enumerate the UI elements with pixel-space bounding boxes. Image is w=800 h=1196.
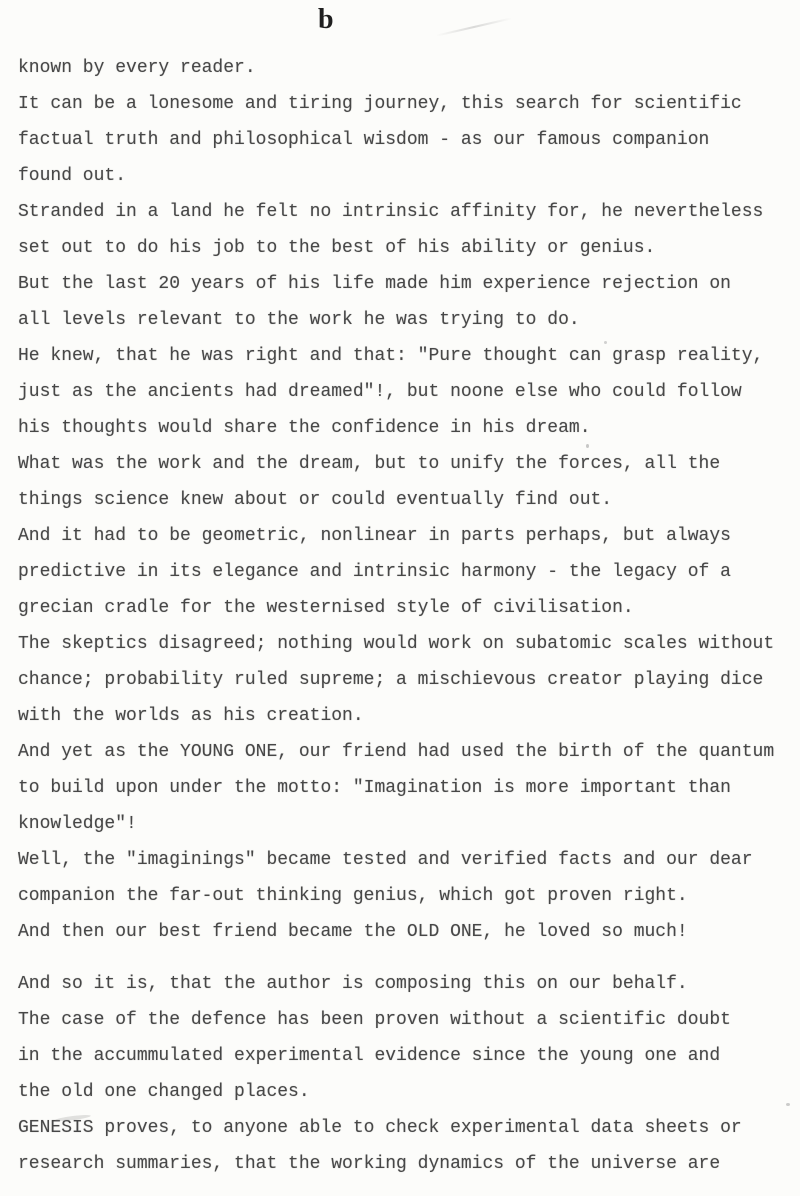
- text-line: predictive in its elegance and intrinsic…: [18, 554, 788, 590]
- document-lines: known by every reader.It can be a loneso…: [18, 50, 788, 1182]
- text-line: And it had to be geometric, nonlinear in…: [18, 518, 788, 554]
- text-line: factual truth and philosophical wisdom -…: [18, 122, 788, 158]
- text-line: It can be a lonesome and tiring journey,…: [18, 86, 788, 122]
- text-line: What was the work and the dream, but to …: [18, 446, 788, 482]
- page-number-label: b: [318, 4, 334, 36]
- text-line: with the worlds as his creation.: [18, 698, 788, 734]
- text-line: things science knew about or could event…: [18, 482, 788, 518]
- text-line: GENESIS proves, to anyone able to check …: [18, 1110, 788, 1146]
- scan-artifact: [604, 341, 607, 344]
- text-line: Well, the "imaginings" became tested and…: [18, 842, 788, 878]
- text-line: the old one changed places.: [18, 1074, 788, 1110]
- scan-artifact: [436, 17, 512, 36]
- text-line: grecian cradle for the westernised style…: [18, 590, 788, 626]
- text-line: to build upon under the motto: "Imaginat…: [18, 770, 788, 806]
- scan-artifact: [786, 1103, 790, 1106]
- text-line: But the last 20 years of his life made h…: [18, 266, 788, 302]
- text-line: just as the ancients had dreamed"!, but …: [18, 374, 788, 410]
- text-line: Stranded in a land he felt no intrinsic …: [18, 194, 788, 230]
- text-line: all levels relevant to the work he was t…: [18, 302, 788, 338]
- text-line: And so it is, that the author is composi…: [18, 966, 788, 1002]
- text-line: knowledge"!: [18, 806, 788, 842]
- text-line: And yet as the YOUNG ONE, our friend had…: [18, 734, 788, 770]
- text-line: in the accummulated experimental evidenc…: [18, 1038, 788, 1074]
- text-line: chance; probability ruled supreme; a mis…: [18, 662, 788, 698]
- page: b known by every reader.It can be a lone…: [0, 0, 800, 1196]
- text-line: set out to do his job to the best of his…: [18, 230, 788, 266]
- text-line: companion the far-out thinking genius, w…: [18, 878, 788, 914]
- text-line: The skeptics disagreed; nothing would wo…: [18, 626, 788, 662]
- text-line: research summaries, that the working dyn…: [18, 1146, 788, 1182]
- text-line: found out.: [18, 158, 788, 194]
- text-line: his thoughts would share the confidence …: [18, 410, 788, 446]
- scan-artifact: [586, 444, 589, 448]
- text-line: And then our best friend became the OLD …: [18, 914, 788, 950]
- text-line: He knew, that he was right and that: "Pu…: [18, 338, 788, 374]
- text-line: The case of the defence has been proven …: [18, 1002, 788, 1038]
- text-line: known by every reader.: [18, 50, 788, 86]
